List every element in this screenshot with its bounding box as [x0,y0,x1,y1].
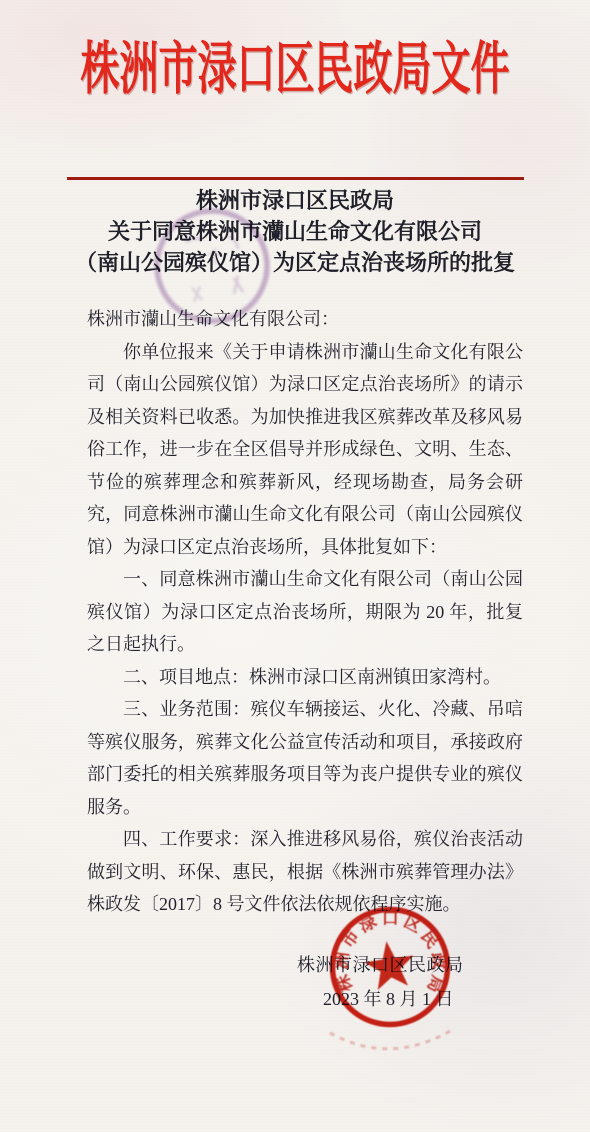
document-title-block: 株洲市渌口区民政局 关于同意株洲市灡山生命文化有限公司 （南山公园殡仪馆）为区定… [0,185,590,278]
paragraph-intro: 你单位报来《关于申请株洲市灡山生命文化有限公司（南山公园殡仪馆）为渌口区定点治丧… [87,336,523,564]
signature-date: 2023 年 8 月 1 日 [323,985,454,1011]
scanned-document-page: 株洲市渌口区民政局文件 株洲市渌口区民政局 关于同意株洲市灡山生命文化有限公司 … [0,0,590,1132]
paragraph-item-3: 三、业务范围：殡仪车辆接运、火化、冷藏、吊唁等殡仪服务，殡葬文化公益宣传活动和项… [87,693,523,823]
red-separator-line [67,177,524,180]
title-line-subject-2: （南山公园殡仪馆）为区定点治丧场所的批复 [0,247,590,278]
paragraph-item-2: 二、项目地点：株洲市渌口区南洲镇田家湾村。 [87,661,523,694]
signature-org: 株洲市渌口区民政局 [297,951,464,977]
paragraph-item-1: 一、同意株洲市灡山生命文化有限公司（南山公园殡仪馆）为渌口区定点治丧场所，期限为… [87,563,523,661]
paragraph-item-4: 四、工作要求：深入推进移风易俗，殡仪治丧活动做到文明、环保、惠民，根据《株洲市殡… [87,823,523,921]
seal-partial-impression [330,1030,452,1049]
document-body: 株洲市灡山生命文化有限公司： 你单位报来《关于申请株洲市灡山生命文化有限公司（南… [87,303,523,921]
salutation: 株洲市灡山生命文化有限公司： [87,303,523,336]
title-line-issuer: 株洲市渌口区民政局 [0,185,590,216]
red-header-title: 株洲市渌口区民政局文件 [0,24,590,105]
title-line-subject-1: 关于同意株洲市灡山生命文化有限公司 [0,216,590,247]
